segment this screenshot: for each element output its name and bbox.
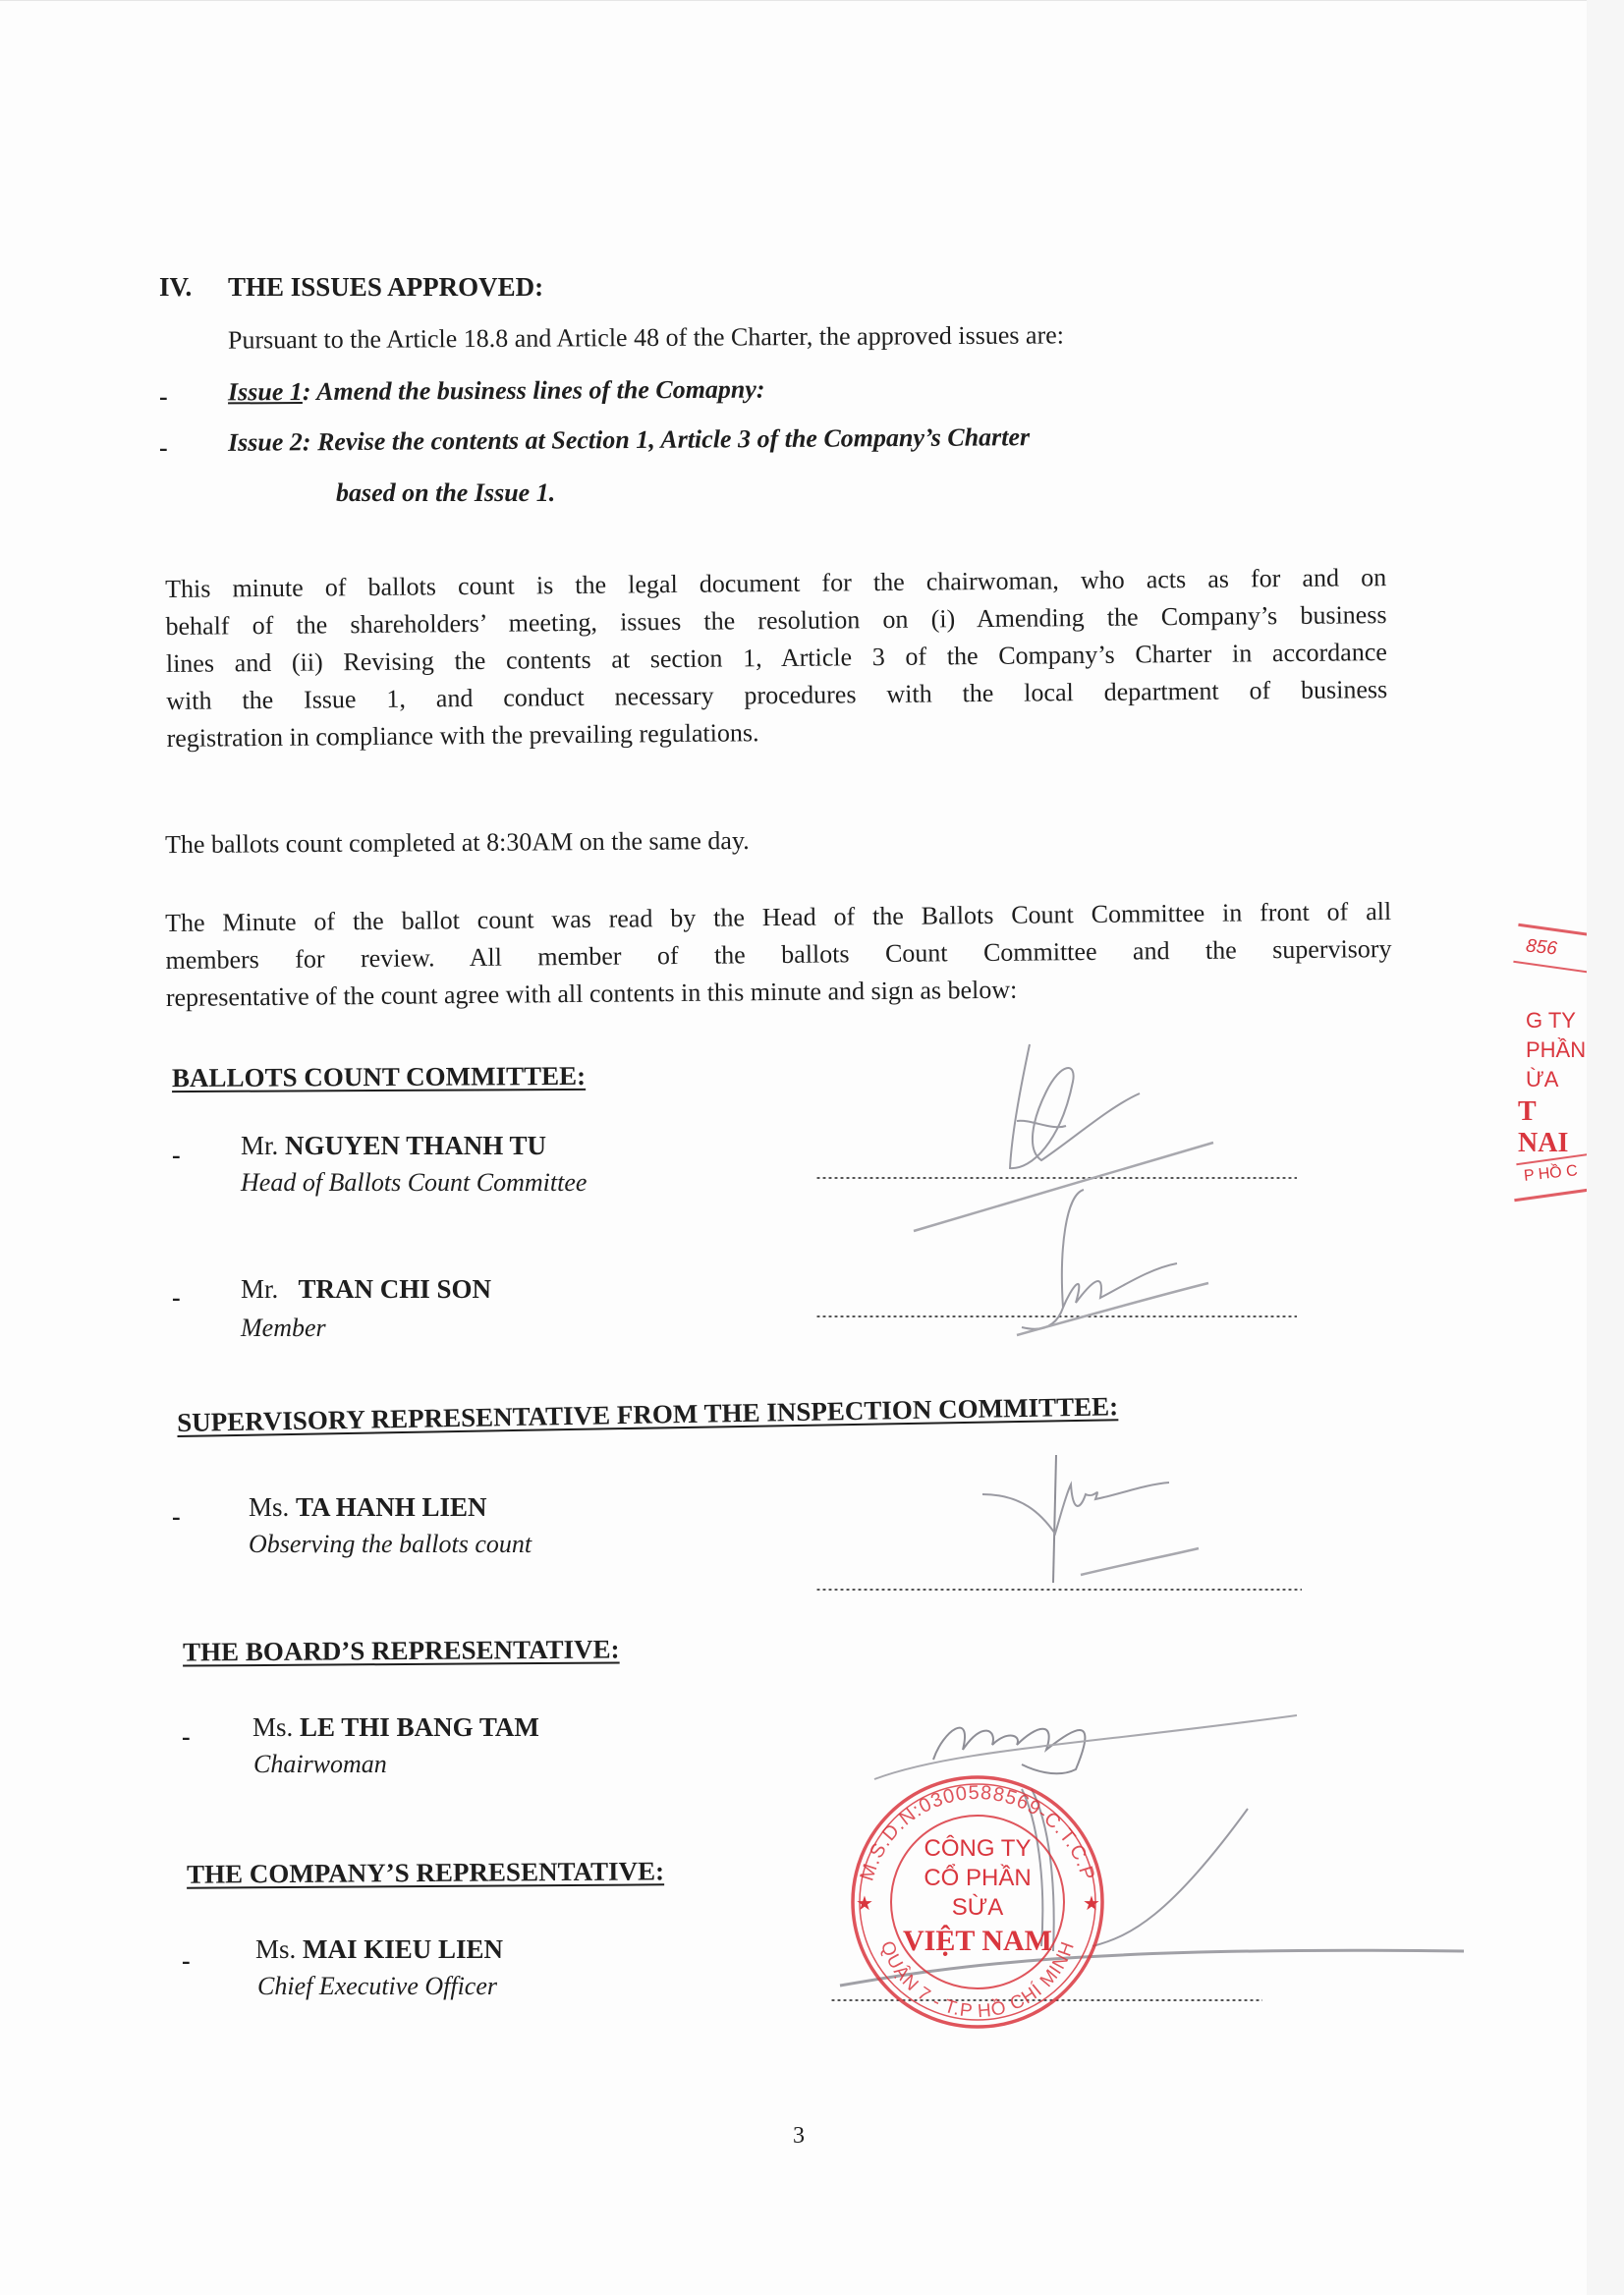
issue-1-text: : Amend the business lines of the Comapn… — [303, 375, 765, 406]
section-numeral: IV. — [159, 272, 192, 303]
member-role: Member — [241, 1314, 326, 1343]
edge-stamp-line: T NAI — [1518, 1096, 1587, 1159]
member-role: Observing the ballots count — [249, 1530, 532, 1559]
company-seal-stamp: M.S.D.N:0300588569-C.T.C.P QUẬN 7 - T.P … — [830, 1760, 1125, 2035]
signature-tran-chi-son — [806, 1190, 1316, 1357]
legal-document-paragraph: This minute of ballots count is the lega… — [165, 559, 1388, 757]
issue-1: Issue 1: Amend the business lines of the… — [228, 375, 765, 408]
issue-2-continuation: based on the Issue 1. — [336, 478, 555, 508]
svg-text:★: ★ — [856, 1893, 873, 1915]
ballots-committee-title: BALLOTS COUNT COMMITTEE: — [172, 1061, 586, 1093]
member-role: Chief Executive Officer — [257, 1972, 497, 2001]
svg-text:★: ★ — [1083, 1893, 1100, 1915]
section-title: THE ISSUES APPROVED: — [228, 272, 543, 303]
edge-stamp-line: G TY — [1526, 1006, 1586, 1036]
member-role: Chairwoman — [253, 1750, 387, 1779]
edge-stamp-line: PHẦN — [1526, 1036, 1586, 1065]
member-name: Ms. TA HANH LIEN — [249, 1492, 487, 1523]
person-name: NGUYEN THANH TU — [285, 1131, 546, 1160]
member-bullet: - — [172, 1141, 181, 1170]
edge-stamp-bottom: P HỒ C — [1523, 1162, 1578, 1186]
read-by-paragraph: The Minute of the ballot count was read … — [165, 893, 1392, 1017]
signature-ta-hanh-lien — [933, 1455, 1326, 1602]
board-title: THE BOARD’S REPRESENTATIVE: — [183, 1634, 620, 1667]
company-title: THE COMPANY’S REPRESENTATIVE: — [187, 1856, 664, 1889]
completed-text: The ballots count completed at 8:30AM on… — [165, 826, 750, 860]
edge-seal-stamp: 856 G TY PHẦN ỪA T NAI P HỒ C — [1508, 910, 1587, 1214]
salutation: Ms. — [252, 1712, 293, 1742]
issue-bullet: - — [159, 433, 168, 463]
member-bullet: - — [182, 1722, 191, 1752]
stamp-line: VIỆT NAM — [903, 1925, 1052, 1957]
person-name: TRAN CHI SON — [299, 1274, 492, 1304]
page-number: 3 — [793, 2123, 805, 2150]
supervisory-title: SUPERVISORY REPRESENTATIVE FROM THE INSP… — [177, 1391, 1118, 1438]
edge-stamp-top: 856 — [1525, 935, 1558, 960]
person-name: TA HANH LIEN — [296, 1492, 487, 1522]
stamp-line: CỔ PHẦN — [924, 1864, 1031, 1891]
salutation: Ms. — [255, 1934, 296, 1964]
issue-1-label: Issue 1 — [228, 377, 303, 406]
stamp-line: SỪA — [952, 1894, 1004, 1921]
issue-bullet: - — [159, 382, 168, 412]
page-margin — [1587, 0, 1624, 2295]
person-name: MAI KIEU LIEN — [303, 1934, 503, 1964]
person-name: LE THI BANG TAM — [300, 1712, 539, 1742]
salutation: Mr. — [241, 1274, 278, 1304]
edge-stamp-line: ỪA — [1526, 1065, 1586, 1094]
section-intro: Pursuant to the Article 18.8 and Article… — [228, 320, 1064, 355]
salutation: Ms. — [249, 1492, 289, 1522]
member-bullet: - — [182, 1946, 191, 1976]
member-name: Ms. MAI KIEU LIEN — [255, 1934, 503, 1965]
stamp-line: CÔNG TY — [924, 1834, 1032, 1862]
issue-2: Issue 2: Revise the contents at Section … — [228, 422, 1030, 458]
document-page: IV. THE ISSUES APPROVED: Pursuant to the… — [0, 0, 1587, 2295]
salutation: Mr. — [241, 1131, 278, 1160]
member-bullet: - — [172, 1283, 181, 1313]
member-role: Head of Ballots Count Committee — [241, 1168, 587, 1198]
member-name: Ms. LE THI BANG TAM — [252, 1712, 539, 1743]
member-name: Mr. NGUYEN THANH TU — [241, 1131, 546, 1161]
member-bullet: - — [172, 1502, 181, 1532]
member-name: Mr. TRAN CHI SON — [241, 1274, 491, 1305]
